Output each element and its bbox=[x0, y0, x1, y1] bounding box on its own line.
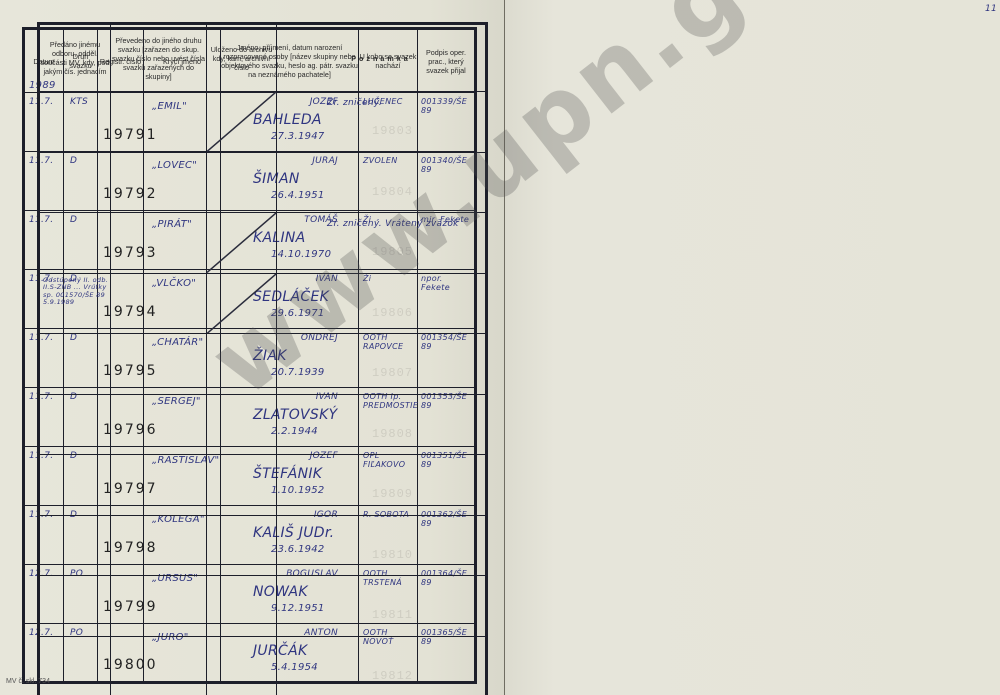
header-poznamka: Poznámka bbox=[277, 24, 487, 92]
table-row: 19812 bbox=[39, 636, 487, 695]
form-code: MV č. skl. 734 bbox=[6, 678, 50, 685]
table-row: 19804 bbox=[39, 152, 487, 213]
header-predano: Předáno jinému odboru, odděl. součásti M… bbox=[39, 24, 111, 92]
cell-transfer bbox=[39, 636, 111, 695]
cell-archived bbox=[207, 334, 277, 395]
table-row: 19811 bbox=[39, 576, 487, 637]
strike-slash-icon bbox=[207, 92, 276, 152]
header-ulozeno: Uloženo do archivu kdy, kam, archivní čí… bbox=[207, 24, 277, 92]
table-row: Zr. zničený. Vrátený zväzok19805 bbox=[39, 213, 487, 274]
cell-note: 19811 bbox=[277, 576, 487, 637]
cell-note: 19807 bbox=[277, 334, 487, 395]
cell-transfer: Odstúpený II. odb. II.S-ZNB ... Vrútky s… bbox=[39, 273, 111, 334]
register-table-right: Předáno jinému odboru, odděl. součásti M… bbox=[37, 22, 488, 695]
show-through-number: 19812 bbox=[372, 669, 413, 683]
cell-converted bbox=[111, 92, 207, 153]
cell-archived bbox=[207, 213, 277, 274]
cell-transfer bbox=[39, 334, 111, 395]
cell-note: Zr. zničený. Vrátený zväzok19805 bbox=[277, 213, 487, 274]
cell-archived bbox=[207, 636, 277, 695]
show-through-number: 19804 bbox=[372, 185, 413, 199]
cell-archived bbox=[207, 576, 277, 637]
transfer-note: Odstúpený II. odb. II.S-ZNB ... Vrútky s… bbox=[43, 277, 110, 307]
cell-archived bbox=[207, 455, 277, 516]
cell-transfer bbox=[39, 152, 111, 213]
cell-note: 19812 bbox=[277, 636, 487, 695]
show-through-number: 19810 bbox=[372, 548, 413, 562]
cell-archived bbox=[207, 92, 277, 153]
cell-converted bbox=[111, 515, 207, 576]
cell-converted bbox=[111, 273, 207, 334]
cell-converted bbox=[111, 394, 207, 455]
cell-transfer bbox=[39, 92, 111, 153]
cell-transfer bbox=[39, 213, 111, 274]
cell-transfer bbox=[39, 455, 111, 516]
cell-transfer bbox=[39, 515, 111, 576]
table-row: Zr. zničený.19803 bbox=[39, 92, 487, 153]
cell-archived bbox=[207, 515, 277, 576]
strike-slash-icon bbox=[207, 274, 276, 334]
page-number: 11 bbox=[985, 4, 997, 14]
cell-converted bbox=[111, 152, 207, 213]
show-through-number: 19811 bbox=[372, 608, 413, 622]
show-through-number: 19803 bbox=[372, 124, 413, 138]
cell-note: 19810 bbox=[277, 515, 487, 576]
cell-note: 19808 bbox=[277, 394, 487, 455]
show-through-number: 19806 bbox=[372, 306, 413, 320]
show-through-number: 19807 bbox=[372, 366, 413, 380]
show-through-number: 19809 bbox=[372, 487, 413, 501]
cell-converted bbox=[111, 576, 207, 637]
show-through-number: 19805 bbox=[372, 245, 413, 259]
header-row: Předáno jinému odboru, odděl. součásti M… bbox=[39, 24, 487, 92]
cell-archived bbox=[207, 152, 277, 213]
cell-transfer bbox=[39, 394, 111, 455]
cell-transfer bbox=[39, 576, 111, 637]
cell-converted bbox=[111, 455, 207, 516]
header-prevedeno: Převedeno do jiného druhu svazku [zařaze… bbox=[111, 24, 207, 92]
cell-note: 19806 bbox=[277, 273, 487, 334]
right-page bbox=[505, 0, 1000, 695]
note: Zr. zničený. bbox=[327, 98, 382, 108]
show-through-number: 19808 bbox=[372, 427, 413, 441]
cell-note: 19804 bbox=[277, 152, 487, 213]
table-row: 19809 bbox=[39, 455, 487, 516]
cell-note: Zr. zničený.19803 bbox=[277, 92, 487, 153]
strike-slash-icon bbox=[207, 213, 276, 273]
table-row: 19808 bbox=[39, 394, 487, 455]
cell-converted bbox=[111, 636, 207, 695]
cell-archived bbox=[207, 273, 277, 334]
cell-converted bbox=[111, 334, 207, 395]
table-row: Odstúpený II. odb. II.S-ZNB ... Vrútky s… bbox=[39, 273, 487, 334]
cell-converted bbox=[111, 213, 207, 274]
cell-archived bbox=[207, 394, 277, 455]
cell-note: 19809 bbox=[277, 455, 487, 516]
book-gutter bbox=[504, 0, 505, 695]
note: Zr. zničený. Vrátený zväzok bbox=[327, 219, 459, 229]
table-row: 19807 bbox=[39, 334, 487, 395]
table-row: 19810 bbox=[39, 515, 487, 576]
